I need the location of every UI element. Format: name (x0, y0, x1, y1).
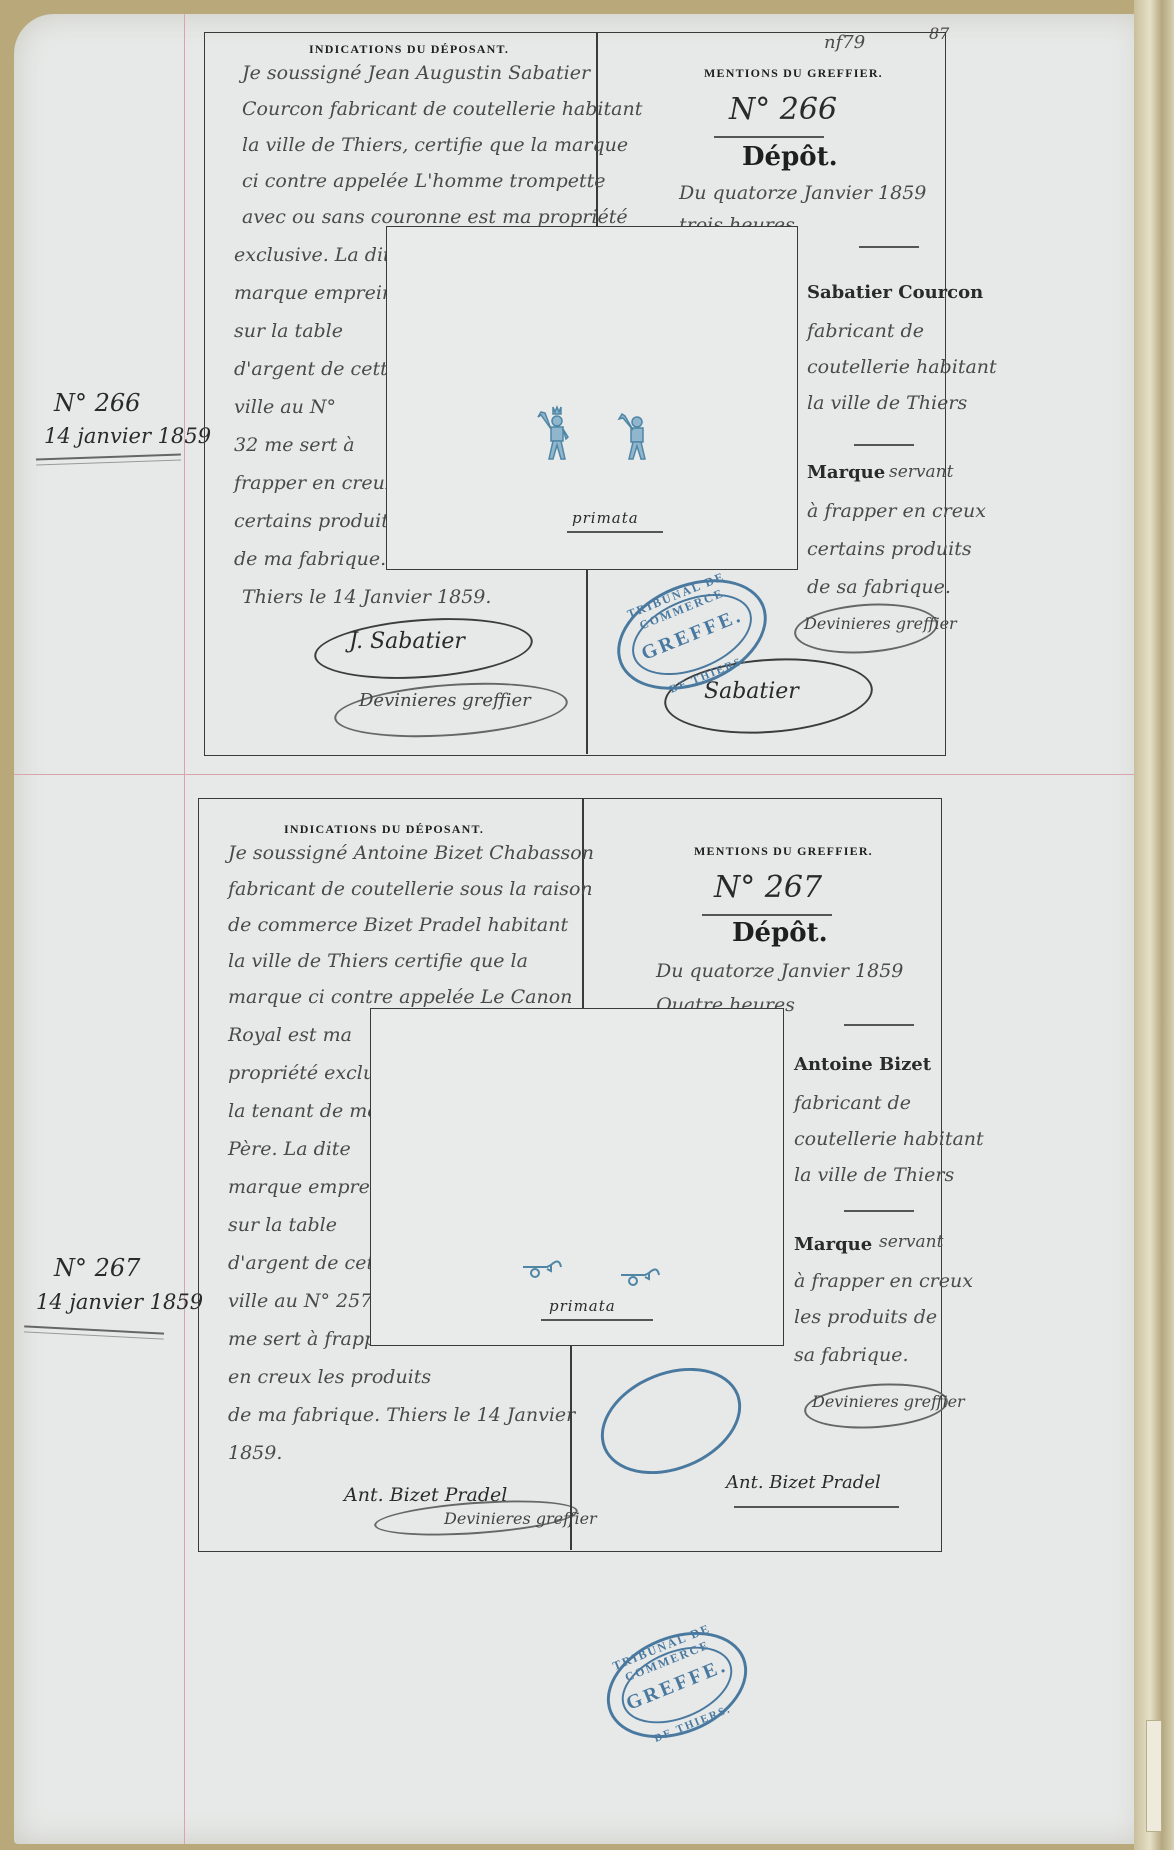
marque-line: les produits de (794, 1306, 937, 1328)
cannon-icon (521, 1257, 563, 1279)
deposant-line: la tenant de mon (228, 1100, 391, 1122)
deposant-line: fabricant de coutellerie sous la raison (228, 878, 593, 900)
deposant-line: de commerce Bizet Pradel habitant (228, 914, 568, 936)
marque-label: Marque (807, 462, 885, 483)
deposant-line: frapper en creux (234, 472, 396, 494)
deposant-line: sur la table (234, 320, 343, 342)
book-spine-edge (1134, 0, 1174, 1850)
entry-divider-line (14, 774, 1144, 775)
column-divider (582, 798, 584, 1020)
margin-entry-date: 14 janvier 1859 (44, 424, 211, 448)
depositor-signature: Ant. Bizet Pradel (726, 1472, 881, 1493)
column-divider (570, 1346, 572, 1550)
greffier-depositor-line: la ville de Thiers (794, 1164, 954, 1186)
primata-label: primata (549, 1297, 616, 1315)
deposant-line: Je soussigné Jean Augustin Sabatier (242, 62, 590, 84)
deposant-line: 1859. (228, 1442, 282, 1464)
deposant-line: la ville de Thiers certifie que la (228, 950, 528, 972)
greffier-depositor-name: Antoine Bizet (794, 1054, 931, 1075)
depot-label: Dépôt. (742, 142, 838, 172)
deposant-line: ville au N° (234, 396, 336, 418)
marque-line: à frapper en creux (807, 500, 986, 522)
deposant-line: ci contre appelée L'homme trompette (242, 170, 606, 192)
greffier-depositor-line: coutellerie habitant (807, 356, 997, 378)
cannon-icon (619, 1265, 661, 1287)
depositor-signature: Sabatier (704, 679, 799, 704)
deposant-line: sur la table (228, 1214, 337, 1236)
deposant-line: en creux les produits (228, 1366, 431, 1388)
mark-impression-box: primata (386, 226, 798, 570)
deposant-header: INDICATIONS DU DÉPOSANT. (309, 42, 509, 57)
primata-underline (541, 1319, 653, 1321)
deposant-line: Je soussigné Antoine Bizet Chabasson (228, 842, 594, 864)
greffe-stamp: TRIBUNAL DE COMMERCE GREFFE. DE THIERS. (591, 1612, 763, 1758)
primata-underline (567, 531, 663, 533)
deposant-line: exclusive. La dite (234, 244, 402, 266)
column-divider (586, 569, 588, 754)
clerk-signature: Devinieres greffier (812, 1392, 965, 1411)
greffier-depositor-name: Sabatier Courcon (807, 282, 983, 303)
signature-underline (734, 1506, 899, 1508)
deposant-line: d'argent de cette (228, 1252, 393, 1274)
margin-entry-number: N° 266 (54, 389, 140, 417)
greffier-entry-number: N° 266 (729, 92, 837, 127)
depot-date: Du quatorze Janvier 1859 (679, 182, 926, 204)
deposant-line: Courcon fabricant de coutellerie habitan… (242, 98, 642, 120)
deposant-line: marque ci contre appelée Le Canon (228, 986, 572, 1008)
greffier-header: MENTIONS DU GREFFIER. (694, 844, 873, 859)
depositor-signature: J. Sabatier (349, 629, 465, 654)
deposant-line: de ma fabrique. (234, 548, 386, 570)
deposant-line: d'argent de cette (234, 358, 399, 380)
margin-entry-number: N° 267 (54, 1254, 140, 1282)
greffier-entry-number: N° 267 (714, 870, 822, 905)
separator (859, 246, 919, 248)
primata-label: primata (572, 509, 639, 527)
marque-line: certains produits (807, 538, 972, 560)
mark-impression-box: primata (370, 1008, 784, 1346)
deposant-line: Royal est ma (228, 1024, 352, 1046)
marque-line: de sa fabrique. (807, 576, 951, 598)
margin-underline (36, 453, 181, 465)
number-underline (702, 914, 832, 916)
clerk-signature: Devinieres greffier (444, 1509, 597, 1528)
marque-line: servant (879, 1232, 943, 1252)
clerk-signature: Devinieres greffier (359, 690, 531, 711)
margin-line (184, 14, 185, 1844)
greffier-depositor-line: fabricant de (807, 320, 924, 342)
marque-label: Marque (794, 1234, 872, 1255)
separator (854, 444, 914, 446)
register-page: nf79 87 N° 266 14 janvier 1859 INDICATIO… (14, 14, 1144, 1844)
marque-line: sa fabrique. (794, 1344, 908, 1366)
deposant-line: la ville de Thiers, certifie que la marq… (242, 134, 628, 156)
greffier-depositor-line: coutellerie habitant (794, 1128, 984, 1150)
margin-entry-date: 14 janvier 1859 (36, 1290, 203, 1314)
separator (844, 1210, 914, 1212)
deposant-line: Père. La dite (228, 1138, 351, 1160)
deposant-line: de ma fabrique. Thiers le 14 Janvier (228, 1404, 575, 1426)
margin-underline (24, 1325, 164, 1339)
deposant-line: certains produits (234, 510, 399, 532)
trumpeter-figure-icon (615, 413, 649, 463)
deposant-line: avec ou sans couronne est ma propriété (242, 206, 628, 228)
page-tab (1146, 1720, 1162, 1832)
deposant-line: ville au N° 257 (228, 1290, 372, 1312)
greffier-depositor-line: la ville de Thiers (807, 392, 967, 414)
trumpeter-crown-figure-icon (537, 405, 577, 463)
marque-line: servant (889, 462, 953, 482)
separator (844, 1024, 914, 1026)
depot-label: Dépôt. (732, 918, 828, 948)
depot-date: Du quatorze Janvier 1859 (656, 960, 903, 982)
greffier-depositor-line: fabricant de (794, 1092, 911, 1114)
deposant-header: INDICATIONS DU DÉPOSANT. (284, 822, 484, 837)
deposant-line: 32 me sert à (234, 434, 355, 456)
marque-line: à frapper en creux (794, 1270, 973, 1292)
deposant-date-line: Thiers le 14 Janvier 1859. (242, 586, 491, 608)
clerk-signature: Devinieres greffier (804, 614, 957, 633)
greffier-header: MENTIONS DU GREFFIER. (704, 66, 883, 81)
number-underline (714, 136, 824, 138)
